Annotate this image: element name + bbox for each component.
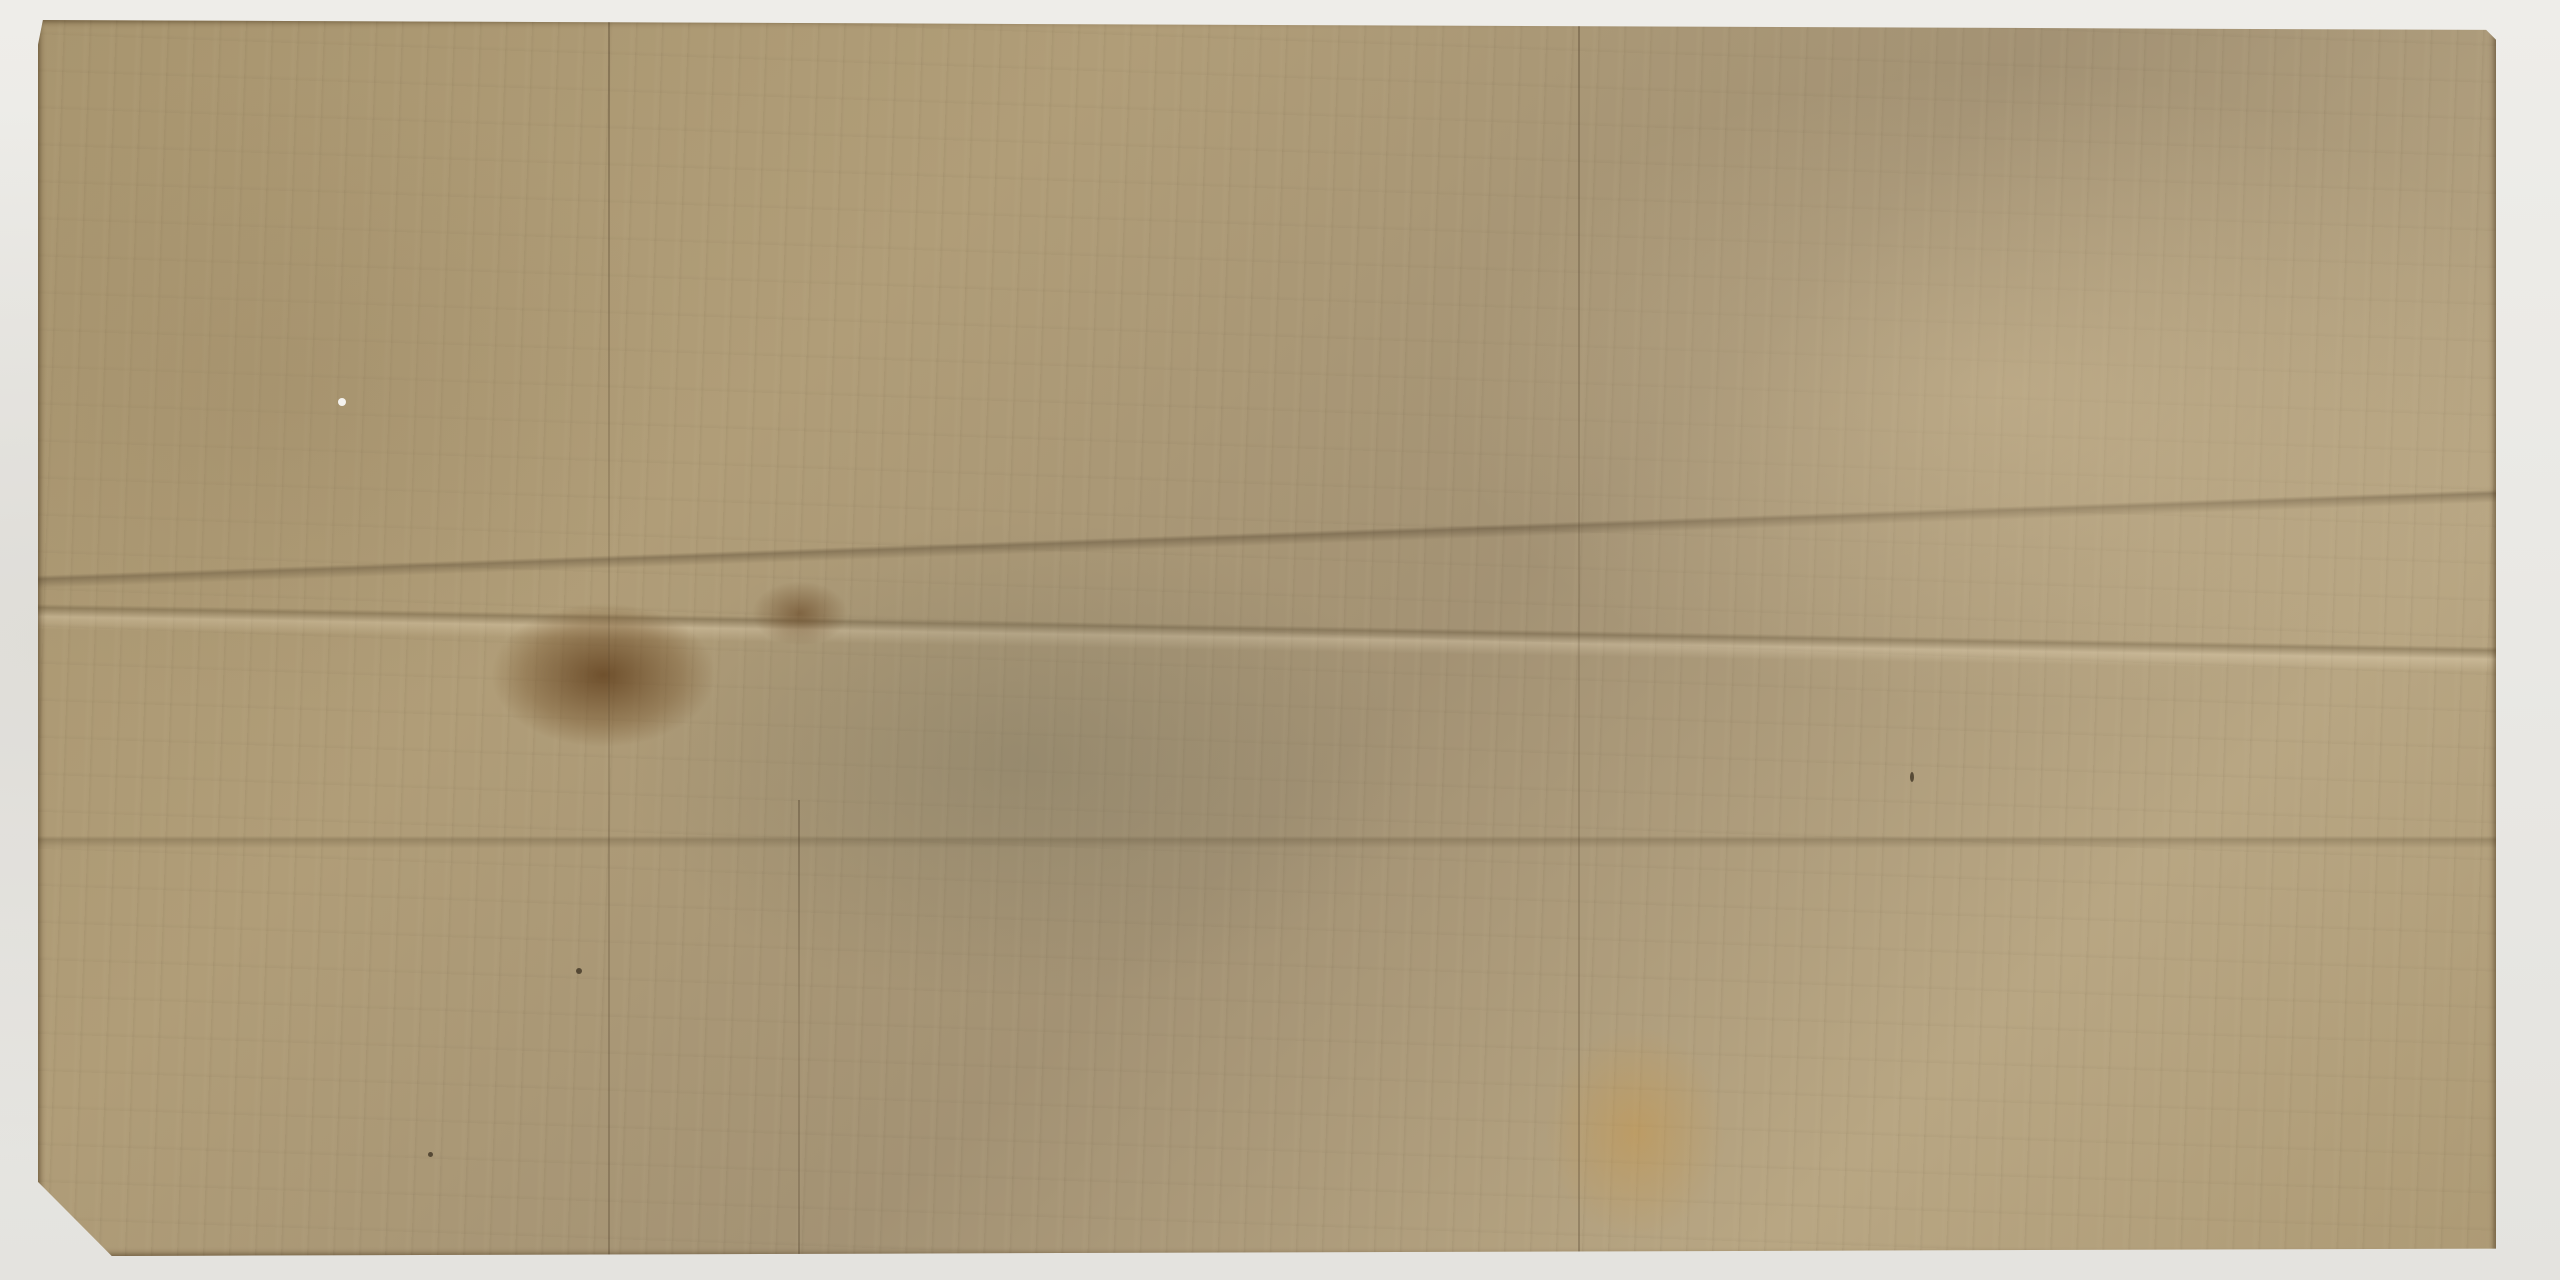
vertical-fold-crease bbox=[608, 20, 610, 1256]
dirt-speck bbox=[428, 1152, 433, 1157]
aged-paper-note bbox=[38, 20, 2496, 1256]
dirt-speck bbox=[576, 968, 582, 974]
dirt-speck bbox=[1910, 772, 1914, 782]
vertical-fold-crease bbox=[1578, 20, 1580, 1256]
pin-hole bbox=[338, 398, 346, 406]
vertical-fold-crease bbox=[798, 800, 800, 1256]
